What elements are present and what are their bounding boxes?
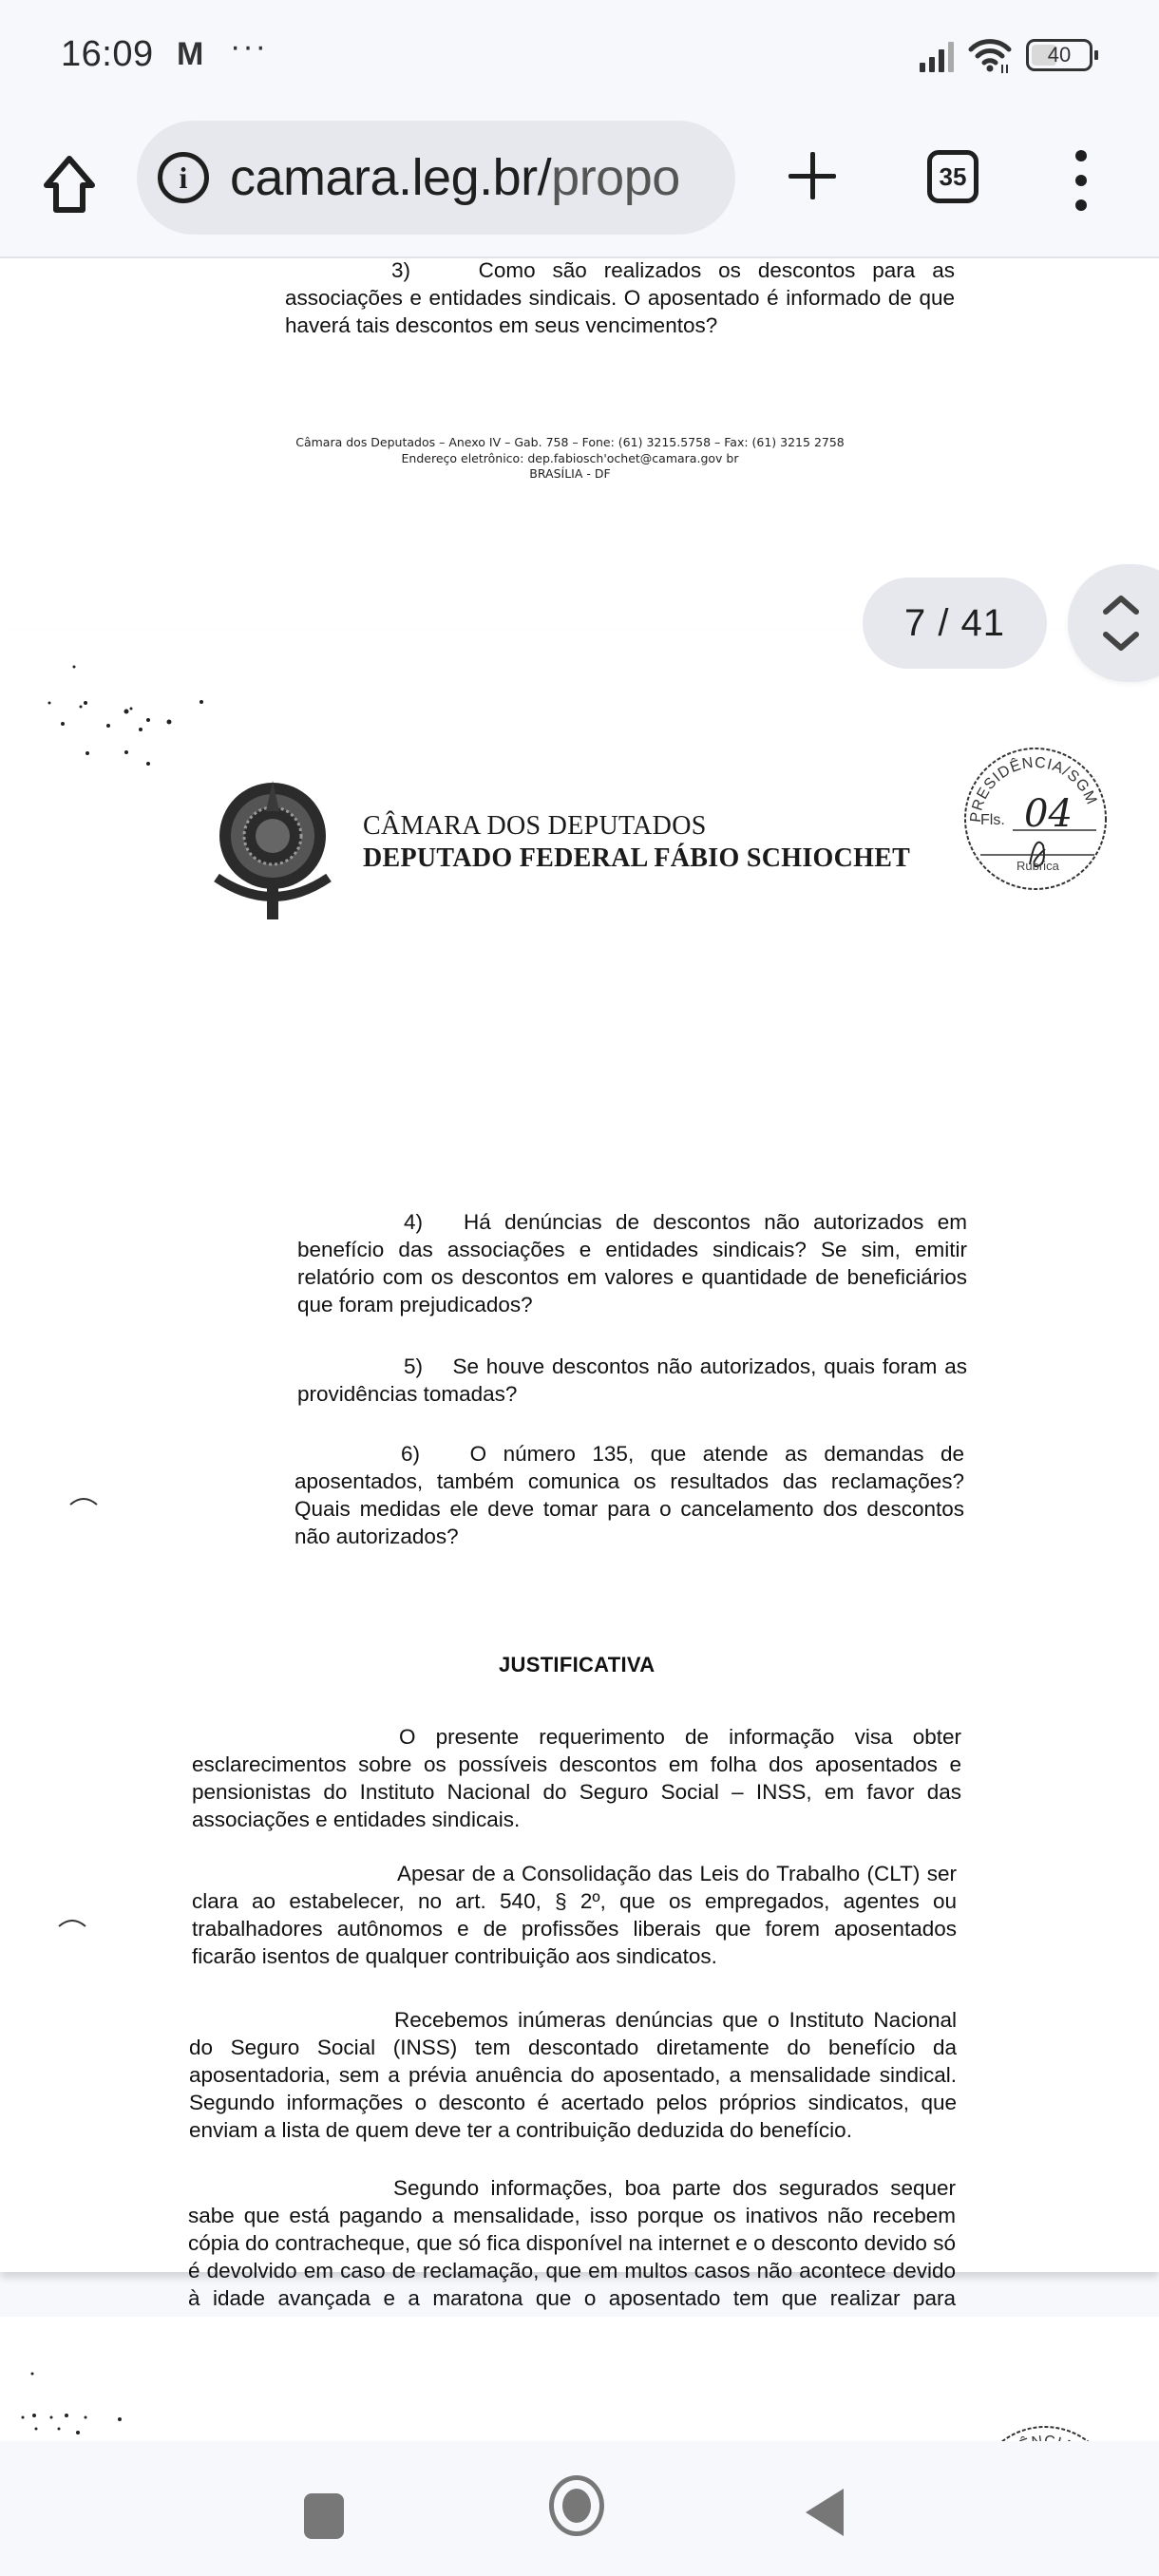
more-notifications-icon: ··· — [230, 28, 268, 66]
wifi-icon — [967, 36, 1013, 74]
chevron-up-down-icon — [1068, 564, 1159, 682]
svg-text:Fls.: Fls. — [980, 812, 1005, 828]
system-navigation-bar — [0, 2441, 1159, 2576]
recents-button[interactable] — [304, 2493, 344, 2539]
letterhead-line-2: DEPUTADO FEDERAL FÁBIO SCHIOCHET — [363, 843, 910, 874]
paragraph-1: O presente requerimento de informação vi… — [192, 1723, 961, 1833]
question-4: 4) Há denúncias de descontos não autoriz… — [297, 1208, 967, 1318]
justification-heading: JUSTIFICATIVA — [499, 1653, 655, 1677]
question-5: 5) Se houve descontos não autorizados, q… — [297, 1353, 967, 1408]
overflow-menu-button[interactable] — [1072, 150, 1091, 211]
new-tab-button[interactable] — [779, 142, 845, 209]
battery-icon: 40 — [1026, 39, 1092, 71]
page-footer: Câmara dos Deputados – Anexo IV – Gab. 7… — [285, 435, 855, 483]
cell-signal-icon — [920, 38, 954, 72]
home-icon — [41, 153, 98, 216]
pdf-page-7: CÂMARA DOS DEPUTADOS DEPUTADO FEDERAL FÁ… — [0, 631, 1159, 2272]
page-indicator: 7 / 41 — [863, 578, 1047, 669]
browser-toolbar: i camara.leg.br/propo 35 — [0, 114, 1159, 256]
paragraph-2: Apesar de a Consolidação das Leis do Tra… — [192, 1860, 957, 1970]
scan-noise — [9, 2362, 199, 2441]
svg-text:Rubrica: Rubrica — [1016, 859, 1060, 873]
question-3: 3) Como são realizados os descontos para… — [285, 256, 955, 339]
brazil-coat-of-arms-icon — [207, 773, 338, 925]
battery-level: 40 — [1048, 43, 1071, 67]
fast-scroll-handle[interactable] — [1068, 564, 1159, 682]
svg-text:04: 04 — [1024, 792, 1073, 836]
gmail-icon: M — [177, 36, 203, 73]
svg-text:PRESIDÊNCIA: PRESIDÊNCIA — [978, 2434, 1076, 2441]
status-bar: 16:09 M ··· 40 — [0, 0, 1159, 114]
pdf-page-8: PRESIDÊNCIA — [0, 2317, 1159, 2441]
status-indicators: 40 — [920, 36, 1092, 74]
status-time: 16:09 — [61, 34, 154, 75]
address-bar[interactable]: i camara.leg.br/propo — [137, 121, 735, 235]
site-info-icon[interactable]: i — [158, 152, 209, 203]
protocol-stamp: PRESIDÊNCIA — [969, 2421, 1121, 2441]
home-nav-button[interactable] — [549, 2475, 604, 2536]
home-button[interactable] — [36, 146, 103, 222]
scan-mark — [57, 1915, 89, 1930]
letterhead-line-1: CÂMARA DOS DEPUTADOS — [363, 811, 707, 842]
paragraph-4: Segundo informações, boa parte dos segur… — [188, 2174, 956, 2312]
question-6: 6) O número 135, que atende as demandas … — [294, 1440, 964, 1550]
protocol-stamp: PRESIDÊNCIA/SGM Fls. 04 Rubrica — [959, 743, 1111, 895]
scan-mark — [68, 1493, 101, 1508]
url-text[interactable]: camara.leg.br/propo — [230, 148, 680, 207]
back-button[interactable] — [806, 2489, 844, 2536]
tab-switcher-button[interactable]: 35 — [927, 150, 978, 203]
paragraph-3: Recebemos inúmeras denúncias que o Insti… — [189, 2006, 957, 2144]
home-nav-icon — [562, 2489, 591, 2523]
scan-noise — [19, 659, 209, 773]
